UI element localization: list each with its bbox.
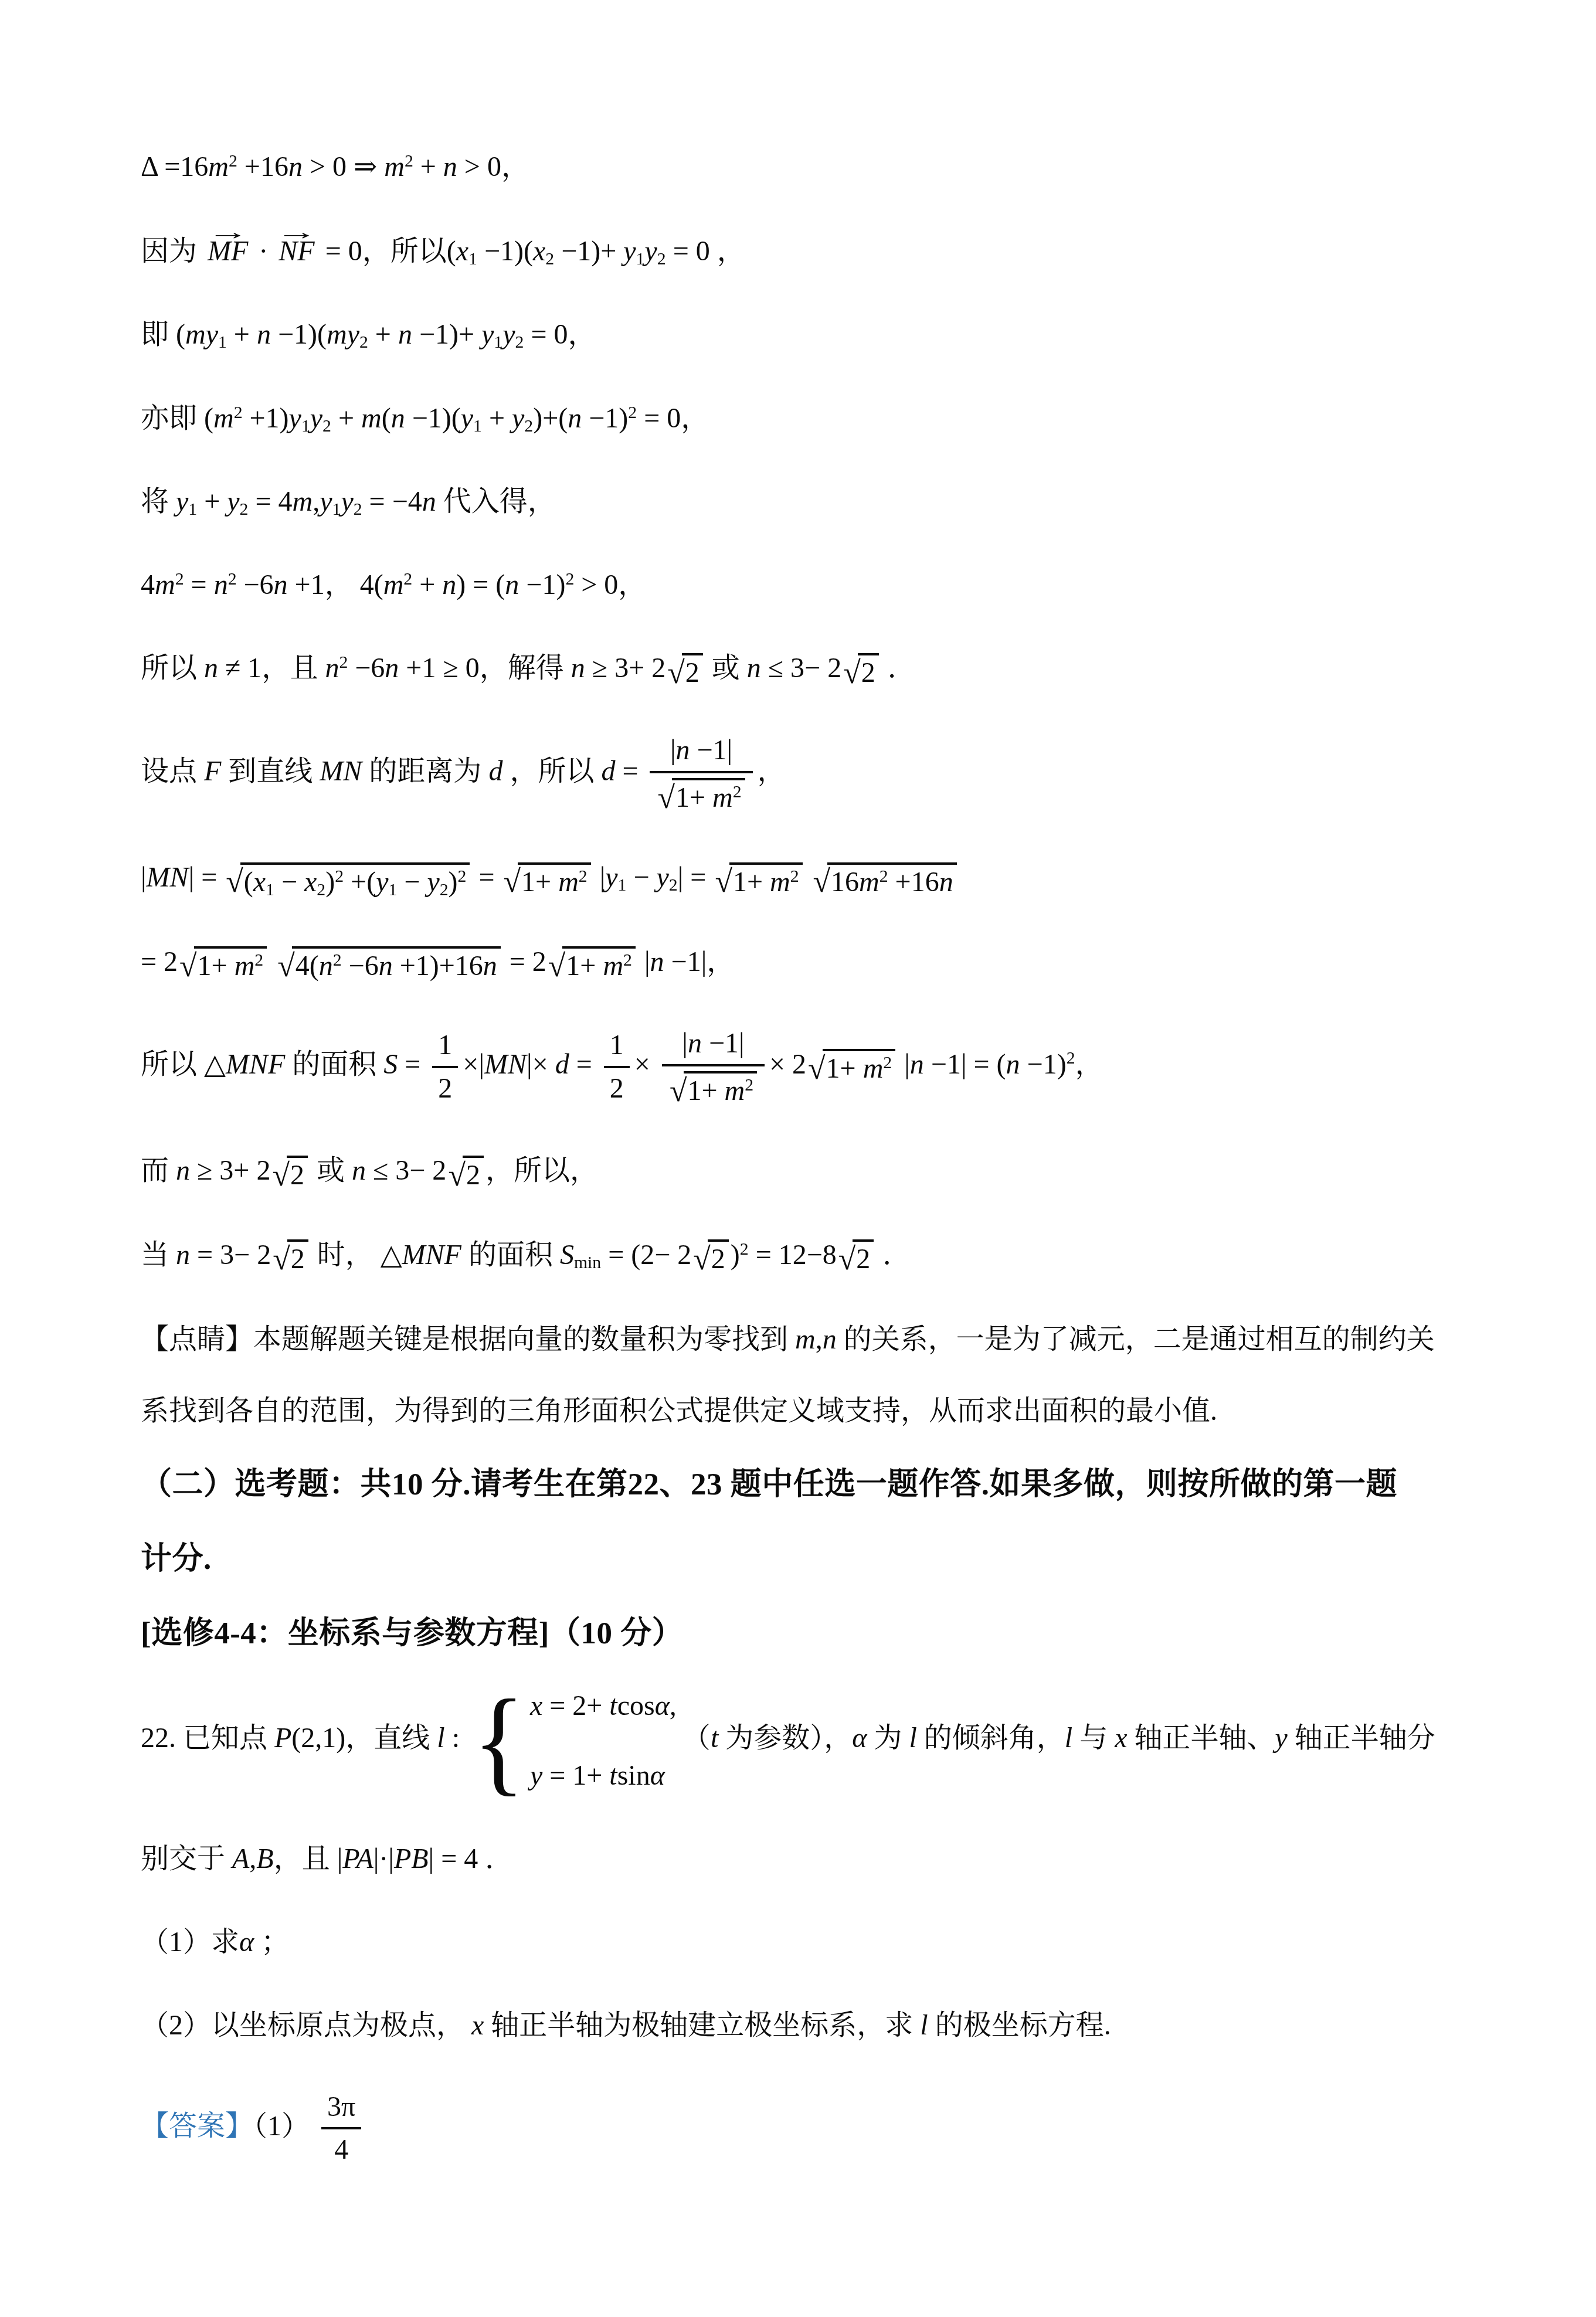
text-segment: = 2 <box>502 946 546 977</box>
fraction-denominator: 2 <box>432 1068 458 1106</box>
math-variable: MNF <box>226 1049 285 1080</box>
text-segment: + <box>482 403 512 434</box>
text-segment: +1) <box>243 403 289 434</box>
text-segment: +1， 4( <box>288 569 383 600</box>
subscript: 1 <box>494 332 502 352</box>
math-variable: y <box>530 1760 542 1791</box>
math-variable: α <box>239 1927 254 1958</box>
subscript: 1 <box>636 249 645 269</box>
text-segment: −1| <box>702 1028 745 1059</box>
math-variable: PB <box>394 1843 429 1874</box>
text-segment: −6 <box>348 653 385 684</box>
text-segment: 的面积 <box>285 1049 383 1080</box>
text-segment: 且 <box>290 653 325 684</box>
math-variable: y <box>657 862 669 893</box>
text-segment: 2 <box>466 1160 480 1191</box>
math-variable: n <box>391 403 405 434</box>
text-segment: × 2 <box>769 1049 806 1080</box>
text-segment: [选修4-4：坐标系与参数方程]（10 分） <box>141 1616 683 1650</box>
text-segment: = 2+ <box>542 1690 609 1721</box>
text-segment: ( <box>244 867 253 898</box>
vector-overarrow: NF <box>279 231 314 271</box>
math-variable: y <box>461 403 473 434</box>
math-variable: m <box>712 782 733 813</box>
text-segment: −1) <box>1020 1049 1067 1080</box>
text-segment: + <box>331 403 361 434</box>
radicand: 2 <box>287 1239 308 1275</box>
text-segment: 轴正半轴、 <box>1127 1723 1275 1754</box>
math-variable: n <box>1006 1049 1020 1080</box>
radicand: 1+ m2 <box>684 1071 757 1107</box>
question-part-line: （1）求α ； <box>141 1923 1458 1962</box>
text-segment: 亦即 <box>141 403 204 434</box>
text-segment: 别交于 <box>141 1843 232 1874</box>
superscript: 2 <box>1067 1049 1075 1068</box>
text-segment: = (2− 2 <box>601 1239 691 1270</box>
math-variable: y <box>481 319 494 350</box>
text-segment: 1+ <box>198 950 235 981</box>
math-variable: n <box>939 867 953 898</box>
superscript: 2 <box>333 950 342 970</box>
text-segment: ≤ 3− 2 <box>761 653 841 684</box>
math-variable: l <box>909 1723 916 1754</box>
text-segment: > 0， <box>574 569 646 600</box>
math-variable: l <box>1065 1723 1072 1754</box>
math-variable: m <box>859 867 880 898</box>
text-segment: , <box>670 1690 677 1721</box>
superscript: 2 <box>254 950 263 970</box>
text-segment: 3π <box>327 2091 355 2122</box>
superscript: 2 <box>339 653 348 672</box>
math-variable: n <box>747 653 761 684</box>
superscript: 2 <box>405 151 413 171</box>
math-variable: t <box>609 1760 617 1791</box>
math-variable: n <box>443 151 457 182</box>
text-segment: 轴正半轴分 <box>1288 1723 1435 1754</box>
text-segment: | <box>897 1049 910 1080</box>
superscript: 2 <box>403 569 412 589</box>
radical: √2 <box>838 1239 874 1275</box>
text-segment: −1) <box>582 403 628 434</box>
formula-line: 因为 MF · NF = 0，所以(x1 −1)(x2 −1)+ y1y2 = … <box>141 231 1458 271</box>
radicand: 2 <box>853 1239 874 1275</box>
math-variable: MNF <box>402 1239 461 1270</box>
math-variable: n <box>214 569 228 600</box>
text-segment: 设点 <box>141 756 204 787</box>
text-segment: 所以 <box>141 653 204 684</box>
math-variable: n <box>325 653 339 684</box>
fraction-numerator: 1 <box>432 1028 458 1068</box>
text-segment: △ <box>204 1049 226 1080</box>
cases-row: y = 1+ tsinα <box>530 1757 677 1795</box>
text-segment: ≠ 1， <box>218 653 290 684</box>
subscript: 1 <box>468 249 477 269</box>
text-segment: −1)( <box>405 403 461 434</box>
formula-line: 即 (my1 + n −1)(my2 + n −1)+ y1y2 = 0， <box>141 315 1458 354</box>
text-segment: ． <box>875 1239 911 1270</box>
math-variable: y <box>176 486 188 517</box>
math-variable: m <box>795 1324 816 1355</box>
math-variable: m <box>155 569 175 600</box>
text-segment: 4 <box>141 569 155 600</box>
math-variable: n <box>483 950 497 981</box>
math-variable: t <box>609 1690 617 1721</box>
text-segment: −1)( <box>477 236 533 267</box>
formula-line: 所以 n ≠ 1，且 n2 −6n +1 ≥ 0，解得 n ≥ 3+ 2√2 或… <box>141 649 1458 689</box>
radical: √1+ m2 <box>670 1071 757 1107</box>
section-heading: [选修4-4：坐标系与参数方程]（10 分） <box>141 1612 1458 1655</box>
subscript: 2 <box>440 879 449 899</box>
text-segment: （1） <box>253 2110 317 2141</box>
text-segment: , <box>816 1324 823 1355</box>
math-variable: α <box>655 1690 670 1721</box>
radicand: 2 <box>287 1156 308 1191</box>
subscript: 1 <box>332 499 341 518</box>
text-segment: 2 <box>711 1244 725 1275</box>
superscript: 2 <box>175 569 184 589</box>
text-segment: > 0 ⇒ <box>303 151 384 182</box>
text-segment: 的极坐标方程. <box>928 2010 1111 2041</box>
text-segment: ，且 <box>274 1843 330 1874</box>
math-variable: y <box>605 862 617 893</box>
text-segment: 的关系，一是为了减元，二是通过相互的制约关 <box>837 1324 1435 1355</box>
math-variable: y <box>227 486 239 517</box>
text-segment: 1+ <box>566 950 603 981</box>
math-variable: y <box>512 403 524 434</box>
text-segment: = 12−8 <box>749 1239 837 1270</box>
superscript: 2 <box>628 402 637 422</box>
text-segment: 而 <box>141 1155 176 1186</box>
subscript: 1 <box>473 416 482 435</box>
formula-line: 当 n = 3− 2√2 时， △MNF 的面积 Smin = (2− 2√2)… <box>141 1236 1458 1276</box>
radicand: 1+ m2 <box>194 946 267 982</box>
subscript: 2 <box>669 875 678 895</box>
text-segment: (2,1) <box>291 1723 345 1754</box>
radical: √1+ m2 <box>715 862 802 898</box>
math-variable: m <box>770 867 790 898</box>
text-segment: 将 <box>141 486 176 517</box>
subscript: 1 <box>266 879 274 899</box>
superscript: 2 <box>883 1053 892 1072</box>
formula-line: 所以 △MNF 的面积 S = 12×|MN|× d = 12× |n −1|√… <box>141 1027 1458 1107</box>
subscript: 2 <box>515 332 524 352</box>
radical: √1+ m2 <box>179 946 267 982</box>
text-segment: （二）选考题：共10 分.请考生在第22、23 题中任选一题作答.如果多做，则按… <box>141 1467 1397 1501</box>
text-segment: 的倾斜角， <box>917 1723 1065 1754</box>
fraction-denominator: 2 <box>604 1068 630 1106</box>
text-segment: Δ =16 <box>141 151 208 182</box>
math-variable: n <box>688 1028 702 1059</box>
subscript: 2 <box>524 416 533 435</box>
radical: √1+ m2 <box>808 1049 895 1085</box>
math-variable: x <box>1115 1723 1127 1754</box>
math-variable: α <box>650 1760 665 1791</box>
text-segment <box>269 946 276 977</box>
text-segment: 系找到各自的范围，为得到的三角形面积公式提供定义域支持，从而求出面积的最小值. <box>141 1395 1217 1426</box>
math-variable: y <box>320 486 332 517</box>
text-segment: ， <box>758 756 786 787</box>
math-variable: d <box>488 756 502 787</box>
math-variable: n <box>823 1324 837 1355</box>
fraction: |n −1|√1+ m2 <box>662 1027 765 1107</box>
math-variable: n <box>675 735 690 766</box>
text-segment: 1 <box>438 1030 452 1061</box>
radical: √4(n2 −6n +1)+16n <box>277 946 501 982</box>
math-variable: n <box>398 319 412 350</box>
math-variable: y <box>1275 1723 1288 1754</box>
formula-line: 4m2 = n2 −6n +1， 4(m2 + n) = (n −1)2 > 0… <box>141 566 1458 604</box>
radical: √2 <box>273 1239 308 1275</box>
math-variable: m <box>724 1075 745 1106</box>
text-segment: = 1+ <box>542 1760 609 1791</box>
superscript: 2 <box>579 866 588 885</box>
text-segment: 1+ <box>675 782 712 813</box>
text-segment: = 2 <box>141 946 178 977</box>
cases-system: {x = 2+ tcosα,y = 1+ tsinα <box>473 1687 677 1795</box>
math-variable: n <box>422 486 436 517</box>
text-segment: = <box>615 756 645 787</box>
text-segment: ， <box>1075 1049 1103 1080</box>
text-segment: （2）以坐标原点为极点， <box>141 2010 471 2041</box>
text-segment: （1）求 <box>141 1927 239 1958</box>
subscript: 2 <box>317 879 325 899</box>
fraction: |n −1|√1+ m2 <box>650 733 752 814</box>
radical: √2 <box>667 653 703 689</box>
radical: √2 <box>843 653 879 689</box>
radical: √2 <box>448 1156 484 1191</box>
superscript: 2 <box>790 866 799 885</box>
text-segment: −1|， <box>664 946 735 977</box>
math-variable: A <box>232 1843 249 1874</box>
fraction-denominator: √1+ m2 <box>650 773 752 814</box>
math-variable: m <box>208 151 229 182</box>
formula-line: 亦即 (m2 +1)y1y2 + m(n −1)(y1 + y2)+(n −1)… <box>141 399 1458 438</box>
text-segment: = 0， <box>637 403 709 434</box>
text-segment: −1)+ <box>412 319 481 350</box>
math-variable: t <box>711 1723 718 1754</box>
text-segment: 为 <box>867 1723 909 1754</box>
math-variable: n <box>288 151 303 182</box>
text-segment: 即 <box>141 319 176 350</box>
radical: √1+ m2 <box>548 946 636 982</box>
text-segment: cos <box>617 1690 655 1721</box>
text-segment: sin <box>617 1760 650 1791</box>
question-line: 别交于 A,B，且 |PA|·|PB| = 4 ． <box>141 1840 1458 1878</box>
math-variable: m <box>293 486 313 517</box>
text-segment: 1+ <box>733 867 770 898</box>
math-variable: n <box>176 1155 190 1186</box>
math-variable: n <box>257 319 271 350</box>
math-variable: S <box>560 1239 574 1270</box>
math-variable: n <box>568 403 582 434</box>
formula-line: |MN| = √(x1 − x2)2 +(y1 − y2)2 = √1+ m2 … <box>141 858 1458 898</box>
text-segment: 已知点 <box>183 1723 274 1754</box>
text-segment: ； <box>254 1927 289 1958</box>
text-segment: △ <box>381 1239 402 1270</box>
text-segment: 所以 <box>141 1049 204 1080</box>
text-segment: 【答案】 <box>141 2110 253 2141</box>
text-segment: 时， <box>310 1239 381 1270</box>
math-variable: y <box>341 486 353 517</box>
text-segment: +( <box>344 867 376 898</box>
radical: √16m2 +16n <box>813 862 957 898</box>
text-segment: −1)( <box>271 319 327 350</box>
text-segment: 解得 <box>508 653 571 684</box>
text-segment: + <box>227 319 257 350</box>
superscript: 2 <box>228 569 237 589</box>
text-segment: : <box>445 1723 467 1754</box>
math-variable: P <box>274 1723 291 1754</box>
answer-line: 【答案】（1） 3π4 <box>141 2090 1458 2167</box>
text-segment: 到直线 <box>221 756 320 787</box>
text-segment: 2 <box>856 1244 870 1275</box>
text-segment: = <box>398 1049 427 1080</box>
math-variable: my <box>327 319 359 350</box>
text-line: 【点睛】本题解题关键是根据向量的数量积为零找到 m,n 的关系，一是为了减元，二… <box>141 1320 1458 1359</box>
text-segment: − <box>274 867 304 898</box>
superscript: 2 <box>458 866 467 885</box>
text-segment: ( <box>382 403 391 434</box>
math-variable: n <box>379 950 393 981</box>
text-segment: ) <box>325 867 335 898</box>
text-segment: −1| = ( <box>924 1049 1006 1080</box>
text-segment: +16 <box>237 151 288 182</box>
text-segment: |× <box>527 1049 555 1080</box>
text-segment: ，所以 <box>502 756 601 787</box>
text-segment: + <box>368 319 398 350</box>
formula-line: 而 n ≥ 3+ 2√2 或 n ≤ 3− 2√2，所以， <box>141 1151 1458 1191</box>
math-variable: y <box>376 867 388 898</box>
text-segment: ，所以， <box>485 1155 598 1186</box>
text-segment: ≥ 3+ 2 <box>585 653 665 684</box>
left-brace: { <box>473 1685 525 1798</box>
text-segment: , <box>249 1843 256 1874</box>
math-variable: x <box>253 867 266 898</box>
math-variable: m <box>235 950 255 981</box>
text-segment: = <box>569 1049 599 1080</box>
radicand: 1+ m2 <box>823 1049 896 1085</box>
document-page: Δ =16m2 +16n > 0 ⇒ m2 + n > 0，因为 MF · NF… <box>0 0 1596 2317</box>
text-segment: ，直线 <box>345 1723 437 1754</box>
text-segment: ( <box>176 319 185 350</box>
radicand: 1+ m2 <box>672 778 745 814</box>
fraction-numerator: 1 <box>604 1028 630 1068</box>
text-segment: 2 <box>861 657 875 688</box>
fraction: 3π4 <box>321 2090 361 2167</box>
math-variable: n <box>505 569 519 600</box>
radical: √1+ m2 <box>504 862 591 898</box>
cases-rows: x = 2+ tcosα,y = 1+ tsinα <box>530 1687 677 1795</box>
question-part-line: （2）以坐标原点为极点， x 轴正半轴为极轴建立极坐标系，求 l 的极坐标方程. <box>141 2006 1458 2045</box>
math-variable: x <box>471 2010 484 2041</box>
text-segment: 【点睛】本题解题关键是根据向量的数量积为零找到 <box>141 1324 795 1355</box>
text-segment: 为参数）， <box>718 1723 852 1754</box>
text-segment: −6 <box>237 569 274 600</box>
math-variable: y <box>502 319 515 350</box>
text-segment: 1+ <box>521 867 558 898</box>
math-variable: d <box>555 1049 569 1080</box>
text-segment: ． <box>881 653 916 684</box>
math-variable: x <box>530 1690 542 1721</box>
math-variable: m <box>863 1053 884 1084</box>
formula-line: Δ =16m2 +16n > 0 ⇒ m2 + n > 0， <box>141 148 1458 186</box>
math-variable: B <box>256 1843 273 1874</box>
subscript: min <box>574 1253 601 1272</box>
text-segment: − <box>626 862 656 893</box>
section-heading: （二）选考题：共10 分.请考生在第22、23 题中任选一题作答.如果多做，则按… <box>141 1463 1458 1506</box>
math-variable: my <box>185 319 218 350</box>
math-variable: m <box>384 151 405 182</box>
text-segment: ≥ 3+ 2 <box>190 1155 270 1186</box>
text-segment: + <box>412 569 442 600</box>
text-segment: 与 <box>1072 1723 1115 1754</box>
math-variable: n <box>385 653 399 684</box>
superscript: 2 <box>740 1239 749 1259</box>
text-segment: + <box>197 486 227 517</box>
math-variable: MN <box>320 756 362 787</box>
text-segment: 1 <box>610 1030 624 1061</box>
math-variable: n <box>910 1049 924 1080</box>
text-segment: | <box>682 1028 688 1059</box>
fraction-denominator: √1+ m2 <box>662 1066 765 1107</box>
math-variable: m <box>558 867 579 898</box>
text-segment: 当 <box>141 1239 176 1270</box>
text-segment: )+( <box>533 403 568 434</box>
section-heading: 计分. <box>141 1538 1458 1581</box>
subscript: 2 <box>359 332 368 352</box>
math-variable: y <box>644 236 657 267</box>
math-variable: n <box>352 1155 366 1186</box>
math-variable: x <box>304 867 317 898</box>
math-variable: d <box>601 756 615 787</box>
text-segment: | = <box>678 862 714 893</box>
text-segment: = 4 <box>248 486 292 517</box>
radicand: 2 <box>682 653 703 689</box>
text-segment: > 0， <box>457 151 529 182</box>
formula-line: 设点 F 到直线 MN 的距离为 d ，所以 d = |n −1|√1+ m2， <box>141 733 1458 814</box>
radicand: (x1 − x2)2 +(y1 − y2)2 <box>240 862 470 898</box>
text-segment: 2 <box>290 1160 304 1191</box>
fraction-denominator: 4 <box>321 2129 361 2167</box>
math-variable: n <box>319 950 333 981</box>
text-segment: 2 <box>438 1073 452 1104</box>
cases-row: x = 2+ tcosα, <box>530 1687 677 1725</box>
question-line: 22. 已知点 P(2,1)，直线 l : {x = 2+ tcosα,y = … <box>141 1687 1458 1795</box>
text-segment: 计分. <box>141 1542 212 1576</box>
text-segment: | = 4 ． <box>429 1843 514 1874</box>
math-variable: n <box>650 946 664 977</box>
subscript: 2 <box>322 416 331 435</box>
math-variable: n <box>442 569 456 600</box>
text-segment: 2 <box>610 1073 624 1104</box>
text-segment: −1| <box>690 735 732 766</box>
math-variable: n <box>274 569 288 600</box>
text-segment: ) = ( <box>456 569 505 600</box>
text-segment: +1 ≥ 0， <box>399 653 507 684</box>
fraction: 12 <box>604 1028 630 1105</box>
text-segment: 4( <box>296 950 319 981</box>
math-variable: n <box>176 1239 190 1270</box>
radicand: 1+ m2 <box>562 946 636 982</box>
superscript: 2 <box>335 866 344 885</box>
text-segment: − <box>397 867 427 898</box>
text-segment: 2 <box>685 657 699 688</box>
fraction-numerator: |n −1| <box>650 733 752 773</box>
radicand: 16m2 +16n <box>827 862 957 898</box>
math-variable: l <box>920 2010 928 2041</box>
text-segment: |·| <box>373 1843 394 1874</box>
text-segment: = <box>184 569 214 600</box>
